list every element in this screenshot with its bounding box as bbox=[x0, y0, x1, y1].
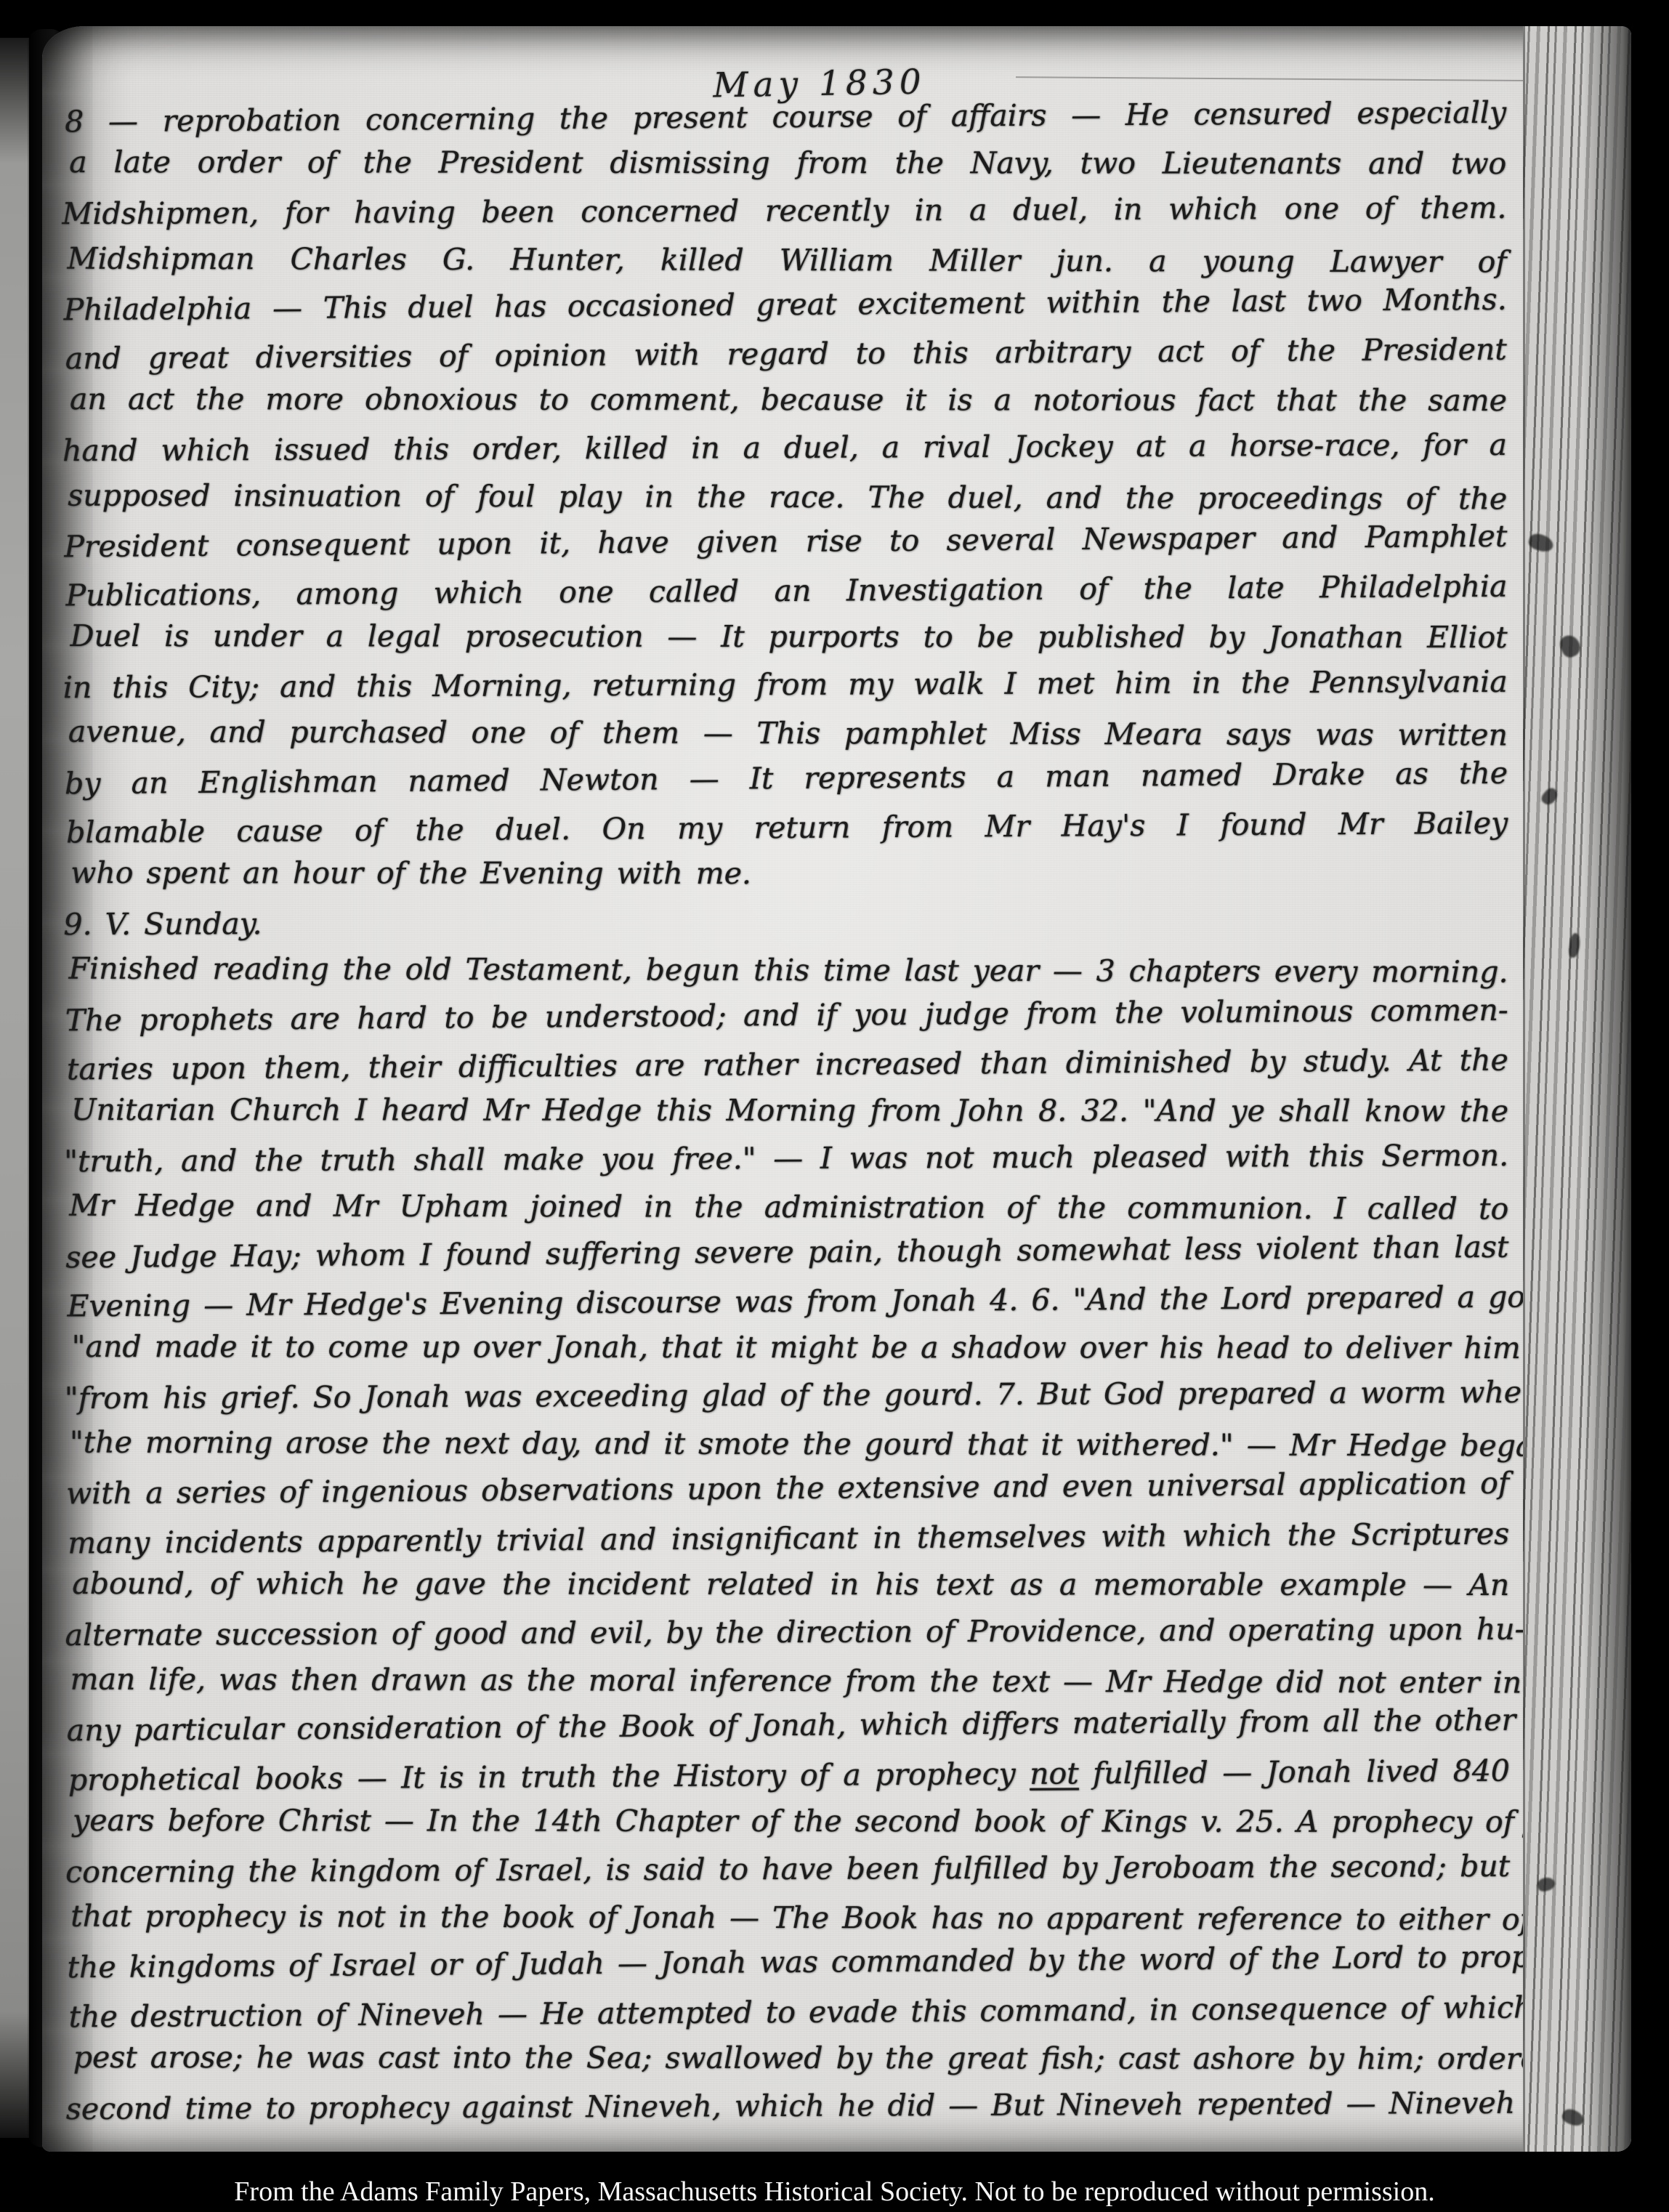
manuscript-line: Philadelphia — This duel has occasioned … bbox=[62, 275, 1506, 334]
manuscript-line: Publications, among which one called an … bbox=[62, 562, 1507, 619]
manuscript-line: years before Christ — In the 14th Chapte… bbox=[65, 1797, 1510, 1846]
manuscript-line: pest arose; he was cast into the Sea; sw… bbox=[66, 2034, 1511, 2083]
manuscript-line: Unitarian Church I heard Mr Hedge this M… bbox=[64, 1086, 1508, 1135]
manuscript-line: the destruction of Nineveh — He attempte… bbox=[65, 1984, 1510, 2041]
manuscript-line: alternate succession of good and evil, b… bbox=[65, 1606, 1509, 1660]
manuscript-line: and great diversities of opinion with re… bbox=[62, 326, 1507, 383]
manuscript-line: second time to prophecy against Nineveh,… bbox=[66, 2080, 1511, 2134]
manuscript-line: concerning the kingdom of Israel, is sai… bbox=[65, 1843, 1510, 1897]
manuscript-line: President consequent upon it, have given… bbox=[62, 512, 1507, 570]
manuscript-line: any particular consideration of the Book… bbox=[65, 1697, 1510, 1755]
book-fore-edge bbox=[1523, 26, 1631, 2152]
ink-bleed-mark bbox=[1536, 1876, 1556, 1893]
manuscript-page: May 1830 447 8 — reprobation concerning … bbox=[42, 26, 1631, 2152]
bottom-caption: From the Adams Family Papers, Massachuse… bbox=[234, 2176, 1434, 2207]
ink-bleed-mark bbox=[1557, 632, 1583, 660]
manuscript-line: hand which issued this order, killed in … bbox=[62, 421, 1507, 475]
manuscript-line: an act the more obnoxious to comment, be… bbox=[62, 376, 1507, 424]
manuscript-line: taries upon them, their difficulties are… bbox=[64, 1036, 1508, 1093]
manuscript-line: abound, of which he gave the incident re… bbox=[65, 1560, 1509, 1609]
manuscript-line: the kingdoms of Israel or of Judah — Jon… bbox=[65, 1934, 1510, 1992]
manuscript-line: Midshipmen, for having been concerned re… bbox=[62, 185, 1506, 238]
manuscript-line: Duel is under a legal prosecution — It p… bbox=[63, 613, 1508, 661]
bottom-caption-bar: From the Adams Family Papers, Massachuse… bbox=[0, 2171, 1669, 2212]
adjacent-page-edge bbox=[0, 38, 29, 2138]
manuscript-line: in this City; and this Morning, returnin… bbox=[63, 658, 1508, 712]
manuscript-line: many incidents apparently trivial and in… bbox=[65, 1510, 1509, 1567]
manuscript-line: 9. V. Sunday. bbox=[63, 895, 1508, 949]
manuscript-line: "from his grief. So Jonah was exceeding … bbox=[65, 1369, 1509, 1423]
manuscript-line: with a series of ingenious observations … bbox=[65, 1460, 1509, 1518]
manuscript-line: Evening — Mr Hedge's Evening discourse w… bbox=[64, 1273, 1508, 1330]
manuscript-lines: 8 — reprobation concerning the present c… bbox=[62, 92, 1511, 2131]
manuscript-line: see Judge Hay; whom I found suffering se… bbox=[64, 1223, 1508, 1281]
ink-bleed-mark bbox=[1568, 932, 1582, 958]
manuscript-line: "truth, and the truth shall make you fre… bbox=[64, 1132, 1508, 1186]
manuscript-line: prophetical books — It is in truth the H… bbox=[65, 1747, 1510, 1804]
ink-bleed-mark bbox=[1539, 786, 1560, 807]
ink-bleed-mark bbox=[1527, 531, 1555, 554]
manuscript-line: 8 — reprobation concerning the present c… bbox=[62, 89, 1506, 146]
manuscript-line: a late order of the President dismissing… bbox=[62, 139, 1506, 187]
manuscript-line: The prophets are hard to be understood; … bbox=[64, 986, 1508, 1044]
manuscript-line: "and made it to come up over Jonah, that… bbox=[65, 1323, 1509, 1372]
manuscript-line: blamable cause of the duel. On my return… bbox=[63, 799, 1508, 856]
manuscript-line: who spent an hour of the Evening with me… bbox=[63, 849, 1508, 898]
scanned-diary-view: May 1830 447 8 — reprobation concerning … bbox=[0, 0, 1669, 2212]
ink-bleed-mark bbox=[1560, 2107, 1585, 2128]
manuscript-line: by an Englishman named Newton — It repre… bbox=[63, 749, 1508, 807]
